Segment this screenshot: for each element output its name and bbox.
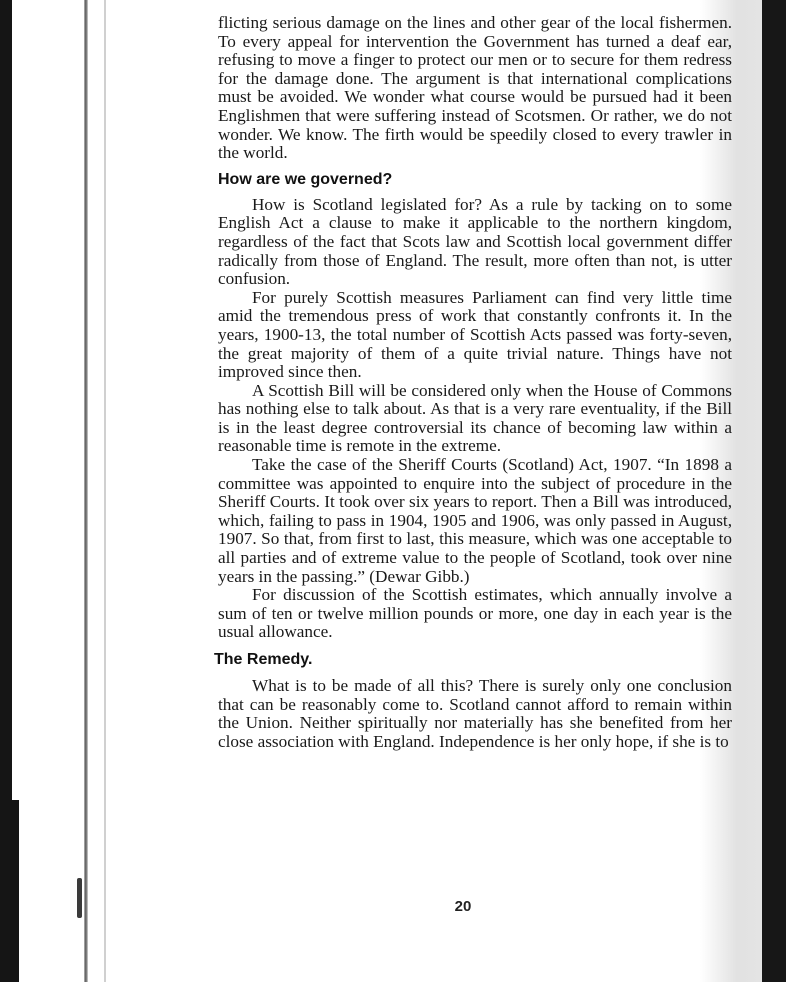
heading-how-are-we-governed: How are we governed? <box>218 171 732 189</box>
binding-mark <box>77 878 82 918</box>
scan-left-border-lower <box>0 800 19 982</box>
paragraph-sheriff-courts: Take the case of the Sheriff Courts (Sco… <box>218 456 732 586</box>
book-binding-crease <box>104 0 106 982</box>
page-number: 20 <box>448 898 478 915</box>
scan-right-border-lower <box>766 780 786 982</box>
book-binding-shadow <box>84 0 88 982</box>
paragraph-remedy: What is to be made of all this? There is… <box>218 677 732 751</box>
paragraph-legislation: How is Scotland legislated for? As a rul… <box>218 196 732 289</box>
page-text: flicting serious damage on the lines and… <box>218 14 732 751</box>
heading-the-remedy: The Remedy. <box>214 651 732 669</box>
paragraph-parliament-time: For purely Scottish measures Parliament … <box>218 289 732 382</box>
paragraph-estimates: For discussion of the Scottish estimates… <box>218 586 732 642</box>
paragraph-scottish-bill: A Scottish Bill will be considered only … <box>218 382 732 456</box>
paragraph-intro: flicting serious damage on the lines and… <box>218 14 732 163</box>
